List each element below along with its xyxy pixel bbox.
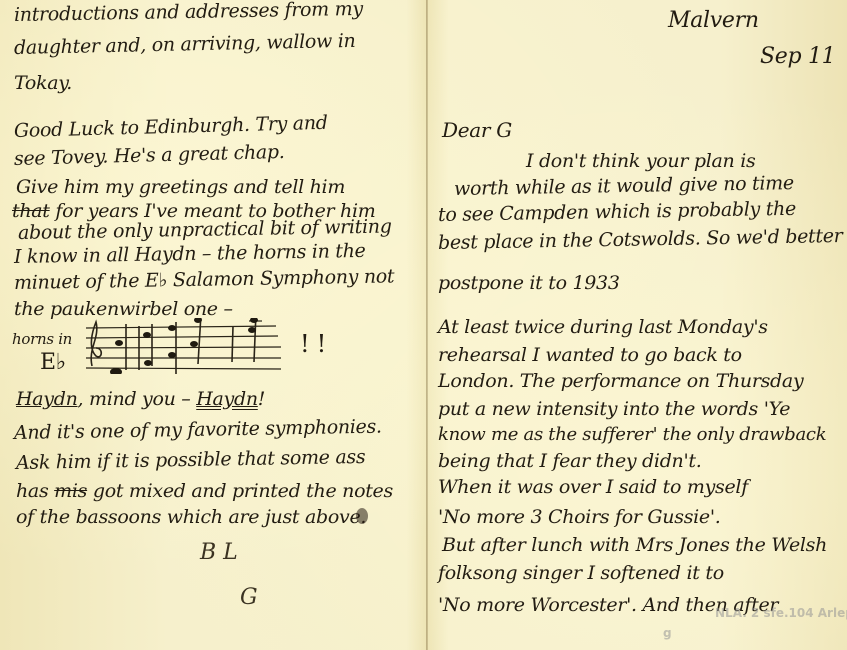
left-line-11: the paukenwirbel one –	[14, 298, 233, 320]
left-line-18-rest: got mixed and printed the notes	[87, 480, 393, 502]
right-p2-line-6: being that I fear they didn't.	[438, 450, 702, 472]
right-p2-line-2: rehearsal I wanted to go back to	[438, 344, 742, 366]
right-p1-line-4: best place in the Cotswolds. So we'd bet…	[438, 225, 843, 254]
right-p2-line-9: But after lunch with Mrs Jones the Welsh	[442, 534, 827, 556]
left-line-3: Tokay.	[14, 72, 72, 94]
left-line-9: I know in all Haydn – the horns in the	[14, 240, 366, 268]
exclamations: ! !	[300, 330, 326, 358]
left-line-haydn: Haydn, mind you – Haydn!	[16, 388, 265, 410]
left-line-16: And it's one of my favorite symphonies.	[14, 416, 382, 444]
right-p2-line-5: know me as the sufferer' the only drawba…	[438, 424, 826, 445]
right-p2-line-4: put a new intensity into the words 'Ye	[438, 398, 790, 420]
archive-watermark-2: g	[663, 626, 672, 640]
underlined-haydn-2: Haydn	[196, 388, 258, 410]
right-p1-line-1: I don't think your plan is	[526, 150, 755, 172]
date-heading: Sep 11	[760, 44, 835, 69]
right-p1-line-5: postpone it to 1933	[438, 272, 620, 294]
ink-blot	[356, 508, 368, 524]
right-p2-line-10: folksong singer I softened it to	[438, 562, 724, 584]
left-line-17: Ask him if it is possible that some ass	[16, 446, 366, 474]
left-line-1: introductions and addresses from my	[14, 0, 363, 26]
left-line-10: minuet of the E♭ Salamon Symphony not	[14, 265, 395, 294]
horns-label: horns in	[12, 330, 72, 348]
right-p2-line-8: 'No more 3 Choirs for Gussie'.	[438, 506, 721, 528]
right-p2-line-3: London. The performance on Thursday	[438, 370, 803, 392]
right-p1-line-2: worth while as it would give no time	[454, 172, 794, 200]
right-p2-line-1: At least twice during last Monday's	[438, 316, 768, 338]
right-p1-line-3: to see Campden which is probably the	[438, 198, 796, 226]
has-text: has	[16, 480, 54, 502]
underlined-haydn-1: Haydn	[16, 388, 78, 410]
letter-spread: introductions and addresses from my daug…	[0, 0, 847, 650]
music-staff-icon	[86, 318, 286, 374]
archive-watermark: NLA. 2 sfe.104 Arlep	[715, 606, 847, 620]
left-line-6: Give him my greetings and tell him	[16, 176, 345, 198]
struck-word-mis: mis	[54, 480, 87, 502]
left-line-5: see Tovey. He's a great chap.	[14, 141, 285, 170]
struck-word-that: that	[12, 200, 50, 222]
left-line-4: Good Luck to Edinburgh. Try and	[14, 112, 328, 142]
mind-you-text: , mind you –	[78, 388, 197, 410]
right-p2-line-7: When it was over I said to myself	[438, 476, 748, 498]
right-page: Malvern Sep 11 Dear G I don't think your…	[428, 0, 847, 650]
signature-mark: G	[240, 585, 258, 610]
salutation: Dear G	[442, 118, 512, 142]
left-line-2: daughter and, on arriving, wallow in	[14, 30, 356, 59]
key-eflat: E♭	[40, 350, 66, 375]
signature: B L	[200, 540, 238, 565]
left-page: introductions and addresses from my daug…	[0, 0, 426, 650]
left-line-19: of the bassoons which are just above.	[16, 506, 366, 528]
exclamation-mark: !	[258, 388, 265, 410]
left-line-18: has mis got mixed and printed the notes	[16, 480, 393, 502]
place-heading: Malvern	[668, 8, 759, 33]
